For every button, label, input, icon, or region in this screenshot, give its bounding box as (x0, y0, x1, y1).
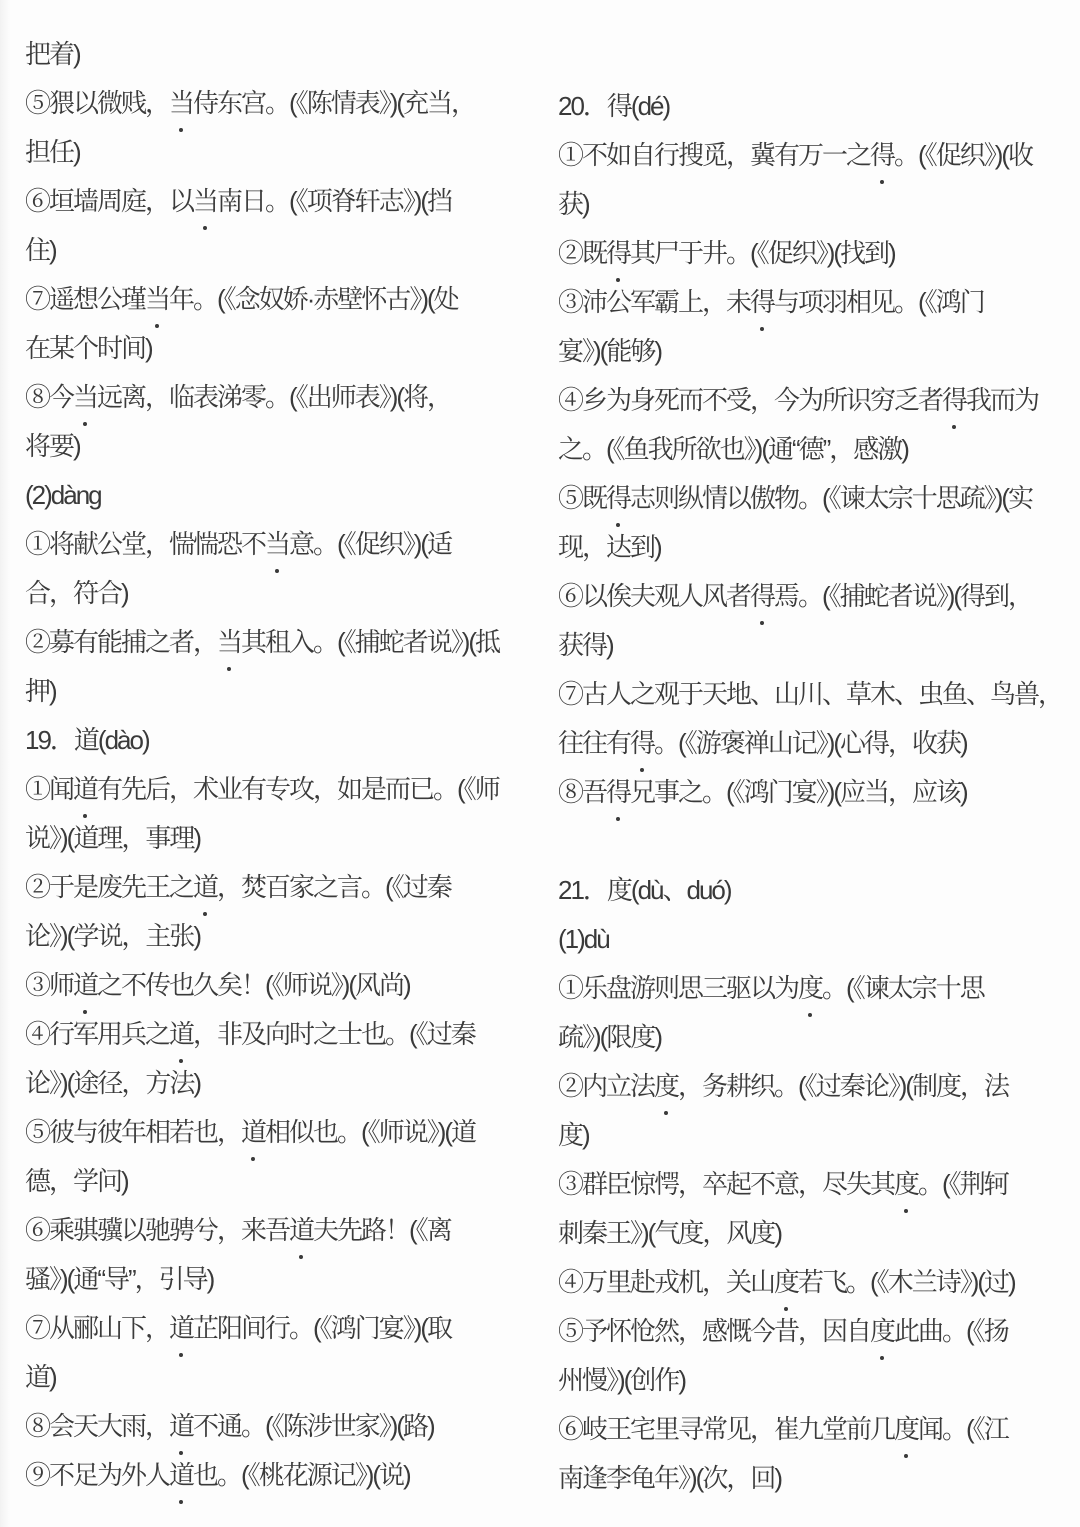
text-line: 将要) (25, 422, 525, 471)
text-line: 住) (25, 226, 525, 275)
emphasized-char: 得 (630, 719, 654, 768)
text-line: 论》)(途径，方法) (25, 1059, 525, 1108)
text-line: 获得) (558, 621, 1080, 670)
emphasized-char: 道 (73, 961, 97, 1010)
scan-edge-shadow (0, 0, 10, 1527)
emphasized-char: 得 (606, 474, 630, 523)
text-line: ⑧今当远离，临表涕零。(《出师表》)(将， (25, 373, 525, 422)
text-line: 刺秦王》)(气度，风度) (558, 1209, 1080, 1258)
emphasized-char: 当 (145, 275, 169, 324)
emphasized-char: 当 (73, 373, 97, 422)
text-line: ①不如自行搜觅，冀有万一之得。(《促织》)(收 (558, 131, 1080, 180)
text-line: ⑥乘骐骥以驰骋兮，来吾道夫先路！(《离 (25, 1206, 525, 1255)
text-line: ②既得其尸于井。(《促织》)(找到) (558, 229, 1080, 278)
emphasized-char: 得 (606, 768, 630, 817)
text-line: 押) (25, 667, 525, 716)
text-line: 论》)(学说，主张) (25, 912, 525, 961)
emphasized-char: 道 (169, 1402, 193, 1451)
emphasized-char: 当 (265, 520, 289, 569)
text-line: 说》)(道理，事理) (25, 814, 525, 863)
emphasized-char: 道 (169, 1010, 193, 1059)
text-line: ⑥以俟夫观人风者得焉。(《捕蛇者说》)(得到， (558, 572, 1080, 621)
text-line: 道) (25, 1353, 525, 1402)
text-line: ⑤既得志则纵情以傲物。(《谏太宗十思疏》)(实 (558, 474, 1080, 523)
emphasized-char: 当 (217, 618, 241, 667)
text-line: (2)dàng (25, 471, 525, 520)
emphasized-char: 道 (73, 765, 97, 814)
text-line: 骚》)(通“导”，引导) (25, 1255, 525, 1304)
emphasized-char: 道 (289, 1206, 313, 1255)
text-line: 现，达到) (558, 523, 1080, 572)
emphasized-char: 度 (894, 1160, 918, 1209)
left-text-column: 把着)⑤猥以微贱，当侍东宫。(《陈情表》)(充当，担任)⑥垣墙周庭，以当南日。(… (25, 0, 525, 1500)
text-line: 南逢李龟年》)(次，回) (558, 1454, 1080, 1503)
emphasized-char: 当 (193, 177, 217, 226)
text-line: ①将献公堂，惴惴恐不当意。(《促织》)(适 (25, 520, 525, 569)
emphasized-char: 得 (606, 229, 630, 278)
text-line: 20．得(dé) (558, 82, 1080, 131)
emphasized-char: 道 (169, 1304, 193, 1353)
text-line: ⑦从郦山下，道芷阳间行。(《鸿门宴》)(取 (25, 1304, 525, 1353)
text-line: ③群臣惊愕，卒起不意，尽失其度。(《荆轲 (558, 1160, 1080, 1209)
text-line: 宴》)(能够) (558, 327, 1080, 376)
text-line: ⑦遥想公瑾当年。(《念奴娇·赤壁怀古》)(处 (25, 275, 525, 324)
text-line: ③师道之不传也久矣！(《师说》)(风尚) (25, 961, 525, 1010)
text-line: 获) (558, 180, 1080, 229)
right-text-column: 20．得(dé)①不如自行搜觅，冀有万一之得。(《促织》)(收获)②既得其尸于井… (558, 0, 1080, 1503)
text-line: ⑤猥以微贱，当侍东宫。(《陈情表》)(充当， (25, 79, 525, 128)
text-line: 担任) (25, 128, 525, 177)
emphasized-char: 得 (750, 572, 774, 621)
text-line: ⑤予怀怆然，感慨今昔，因自度此曲。(《扬 (558, 1307, 1080, 1356)
emphasized-char: 得 (750, 278, 774, 327)
text-line: 把着) (25, 30, 525, 79)
emphasized-char: 度 (798, 964, 822, 1013)
text-line: ⑦古人之观于天地、山川、草木、虫鱼、鸟兽， (558, 670, 1080, 719)
text-line: ⑧会天大雨，道不通。(《陈涉世家》)(路) (25, 1402, 525, 1451)
blank-line (558, 817, 1080, 866)
text-line: 德，学问) (25, 1157, 525, 1206)
text-line: 合，符合) (25, 569, 525, 618)
emphasized-char: 当 (169, 79, 193, 128)
text-line: ⑥岐王宅里寻常见，崔九堂前几度闻。(《江 (558, 1405, 1080, 1454)
text-line: 疏》)(限度) (558, 1013, 1080, 1062)
text-line: 州慢》)(创作) (558, 1356, 1080, 1405)
text-line: ①乐盘游则思三驱以为度。(《谏太宗十思 (558, 964, 1080, 1013)
text-line: (1)dù (558, 915, 1080, 964)
text-line: ②内立法度，务耕织。(《过秦论》)(制度，法 (558, 1062, 1080, 1111)
emphasized-char: 得 (870, 131, 894, 180)
emphasized-char: 道 (169, 1451, 193, 1500)
text-line: ③沛公军霸上，未得与项羽相见。(《鸿门 (558, 278, 1080, 327)
text-line: ④万里赴戎机，关山度若飞。(《木兰诗》)(过) (558, 1258, 1080, 1307)
text-line: 19．道(dào) (25, 716, 525, 765)
emphasized-char: 道 (241, 1108, 265, 1157)
text-line: ⑧吾得兄事之。(《鸿门宴》)(应当，应该) (558, 768, 1080, 817)
emphasized-char: 度 (654, 1062, 678, 1111)
emphasized-char: 得 (942, 376, 966, 425)
document-page: 把着)⑤猥以微贱，当侍东宫。(《陈情表》)(充当，担任)⑥垣墙周庭，以当南日。(… (0, 0, 1080, 1527)
text-line: 往往有得。(《游褒禅山记》)(心得，收获) (558, 719, 1080, 768)
text-line: ⑨不足为外人道也。(《桃花源记》)(说) (25, 1451, 525, 1500)
text-line: 之。(《鱼我所欲也》)(通“德”，感激) (558, 425, 1080, 474)
text-line: ①闻道有先后，术业有专攻，如是而已。(《师 (25, 765, 525, 814)
text-line: ②于是废先王之道，焚百家之言。(《过秦 (25, 863, 525, 912)
text-line: ④乡为身死而不受，今为所识穷乏者得我而为 (558, 376, 1080, 425)
emphasized-char: 度 (870, 1307, 894, 1356)
text-line: 21．度(dù、duó) (558, 866, 1080, 915)
text-line: ④行军用兵之道，非及向时之士也。(《过秦 (25, 1010, 525, 1059)
text-line: ⑤彼与彼年相若也，道相似也。(《师说》)(道 (25, 1108, 525, 1157)
text-line: 度) (558, 1111, 1080, 1160)
text-line: ②募有能捕之者，当其租入。(《捕蛇者说》)(抵 (25, 618, 525, 667)
emphasized-char: 道 (193, 863, 217, 912)
text-line: 在某个时间) (25, 324, 525, 373)
emphasized-char: 度 (774, 1258, 798, 1307)
text-line: ⑥垣墙周庭，以当南日。(《项脊轩志》)(挡 (25, 177, 525, 226)
emphasized-char: 度 (894, 1405, 918, 1454)
